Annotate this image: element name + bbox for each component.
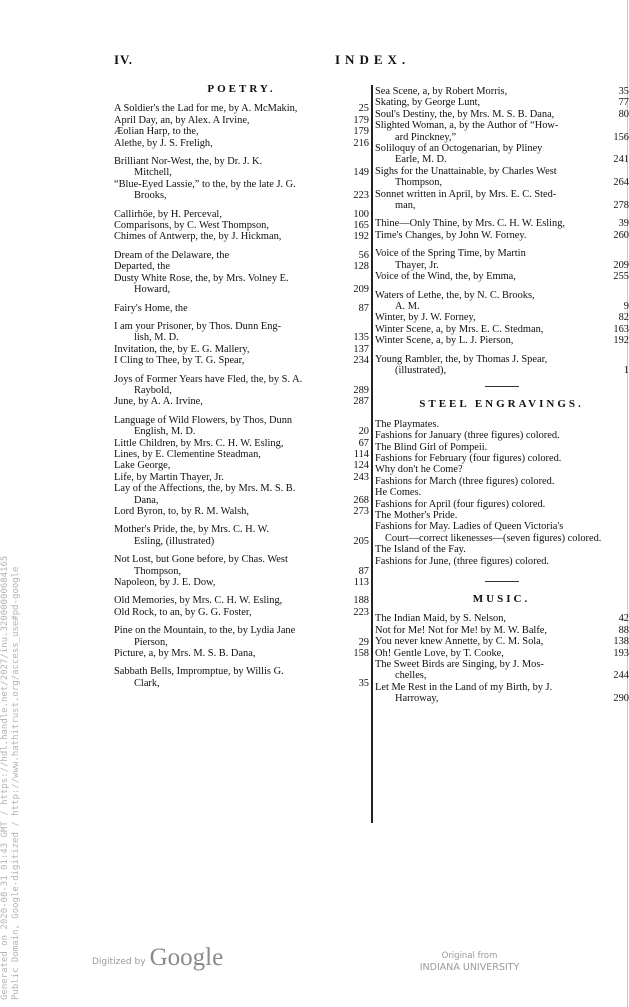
- entry-page-number: 138: [603, 636, 629, 647]
- steel-engravings-list: The Playmates.Fashions for January (thre…: [375, 419, 628, 567]
- index-entry: “Blue-Eyed Lassie,” to the, by the late …: [114, 179, 369, 202]
- entry-title-continued: ard Pinckney,”: [375, 132, 600, 143]
- entry-page-number: 42: [603, 613, 629, 624]
- index-entry: Not Lost, but Gone before, by Chas. West…: [114, 554, 369, 577]
- entry-page-number: 88: [603, 625, 629, 636]
- entry-title: Old Rock, to an, by G. G. Foster,: [114, 607, 335, 618]
- engraving-item: The Blind Girl of Pompeii.: [375, 442, 628, 453]
- index-entry: Lay of the Affections, the, by Mrs. M. S…: [114, 483, 369, 506]
- index-entry: Skating, by George Lunt,77: [375, 97, 628, 108]
- entry-page-number: 244: [603, 670, 629, 681]
- entry-title: Little Children, by Mrs. C. H. W. Esling…: [114, 438, 335, 449]
- index-entry: Fairy's Home, the87: [114, 303, 369, 314]
- engraving-item: Fashions for April (four figures) colore…: [375, 499, 628, 510]
- right-column: Sea Scene, a, by Robert Morris,35Skating…: [375, 86, 628, 705]
- index-entry: Thine—Only Thine, by Mrs. C. H. W. Eslin…: [375, 218, 628, 229]
- entry-title: Slighted Woman, a, by the Author of “How…: [375, 120, 600, 131]
- steel-engravings-heading: STEEL ENGRAVINGS.: [375, 399, 628, 410]
- index-entry: Winter, by J. W. Forney,82: [375, 312, 628, 323]
- entry-page-number: 192: [339, 231, 369, 242]
- entry-page-number: 77: [603, 97, 629, 108]
- index-entry: Time's Changes, by John W. Forney.260: [375, 230, 628, 241]
- index-group: Joys of Former Years have Fled, the, by …: [114, 374, 369, 408]
- entry-title: Lines, by E. Clementine Steadman,: [114, 449, 335, 460]
- entry-title: Sea Scene, a, by Robert Morris,: [375, 86, 600, 97]
- index-entry: Sighs for the Unattainable, by Charles W…: [375, 166, 628, 189]
- hathitrust-watermark: Generated on 2020-08-31 01:43 GMT / http…: [0, 556, 22, 1000]
- entry-page-number: 179: [339, 126, 369, 137]
- index-group: Waters of Lethe, the, by N. C. Brooks,A.…: [375, 290, 628, 347]
- entry-title-continued: Thayer, Jr.: [375, 260, 600, 271]
- entry-page-number: 234: [339, 355, 369, 366]
- index-entry: Voice of the Spring Time, by MartinThaye…: [375, 248, 628, 271]
- entry-title-continued: Dana,: [114, 495, 335, 506]
- entry-page-number: 9: [603, 301, 629, 312]
- entry-title: Alethe, by J. S. Freligh,: [114, 138, 335, 149]
- index-entry: Picture, a, by Mrs. M. S. B. Dana,158: [114, 648, 369, 659]
- index-group: Brilliant Nor-West, the, by Dr. J. K.Mit…: [114, 156, 369, 202]
- entry-page-number: 156: [603, 132, 629, 143]
- index-entry: Little Children, by Mrs. C. H. W. Esling…: [114, 438, 369, 449]
- index-entry: Napoleon, by J. E. Dow,113: [114, 577, 369, 588]
- entry-page-number: 209: [339, 284, 369, 295]
- entry-title: Dream of the Delaware, the: [114, 250, 335, 261]
- entry-title: Life, by Martin Thayer, Jr.: [114, 472, 335, 483]
- entry-title-continued: Clark,: [114, 678, 335, 689]
- index-entry: The Indian Maid, by S. Nelson,42: [375, 613, 628, 624]
- entry-page-number: 25: [339, 103, 369, 114]
- poetry-index-left: A Soldier's the Lad for me, by A. McMaki…: [114, 103, 369, 689]
- index-group: Callirhöe, by H. Perceval,100Comparisons…: [114, 209, 369, 243]
- engraving-item: Fashions for February (four figures) col…: [375, 453, 628, 464]
- index-entry: Slighted Woman, a, by the Author of “How…: [375, 120, 628, 143]
- entry-title: Chimes of Antwerp, the, by J. Hickman,: [114, 231, 335, 242]
- entry-page-number: 35: [603, 86, 629, 97]
- entry-title: Brilliant Nor-West, the, by Dr. J. K.: [114, 156, 335, 167]
- index-group: Fairy's Home, the87: [114, 303, 369, 314]
- index-entry: Comparisons, by C. West Thompson,165: [114, 220, 369, 231]
- entry-title: Waters of Lethe, the, by N. C. Brooks,: [375, 290, 600, 301]
- index-entry: Brilliant Nor-West, the, by Dr. J. K.Mit…: [114, 156, 369, 179]
- index-entry: Language of Wild Flowers, by Thos, DunnE…: [114, 415, 369, 438]
- entry-page-number: 56: [339, 250, 369, 261]
- entry-title: I am your Prisoner, by Thos. Dunn Eng-: [114, 321, 335, 332]
- index-entry: Lord Byron, to, by R. M. Walsh,273: [114, 506, 369, 517]
- entry-page-number: 128: [339, 261, 369, 272]
- entry-page-number: 268: [339, 495, 369, 506]
- index-entry: Not for Me! Not for Me! by M. W. Balfe,8…: [375, 625, 628, 636]
- entry-title: Voice of the Wind, the, by Emma,: [375, 271, 600, 282]
- index-group: Dream of the Delaware, the56Departed, th…: [114, 250, 369, 296]
- entry-title: Sabbath Bells, Impromptue, by Willis G.: [114, 666, 335, 677]
- entry-page-number: 80: [603, 109, 629, 120]
- entry-page-number: 29: [339, 637, 369, 648]
- entry-title: Time's Changes, by John W. Forney.: [375, 230, 600, 241]
- entry-page-number: 82: [603, 312, 629, 323]
- entry-title: Not Lost, but Gone before, by Chas. West: [114, 554, 335, 565]
- entry-page-number: 287: [339, 396, 369, 407]
- index-entry: Sea Scene, a, by Robert Morris,35: [375, 86, 628, 97]
- index-entry: You never knew Annette, by C. M. Sola,13…: [375, 636, 628, 647]
- engraving-item: The Island of the Fay.: [375, 544, 628, 555]
- entry-title: Departed, the: [114, 261, 335, 272]
- entry-page-number: 67: [339, 438, 369, 449]
- entry-title: April Day, an, by Alex. A Irvine,: [114, 115, 335, 126]
- entry-title-continued: Earle, M. D.: [375, 154, 600, 165]
- entry-page-number: 20: [339, 426, 369, 437]
- index-group: Sea Scene, a, by Robert Morris,35Skating…: [375, 86, 628, 211]
- entry-title: Lake George,: [114, 460, 335, 471]
- engraving-item: Fashions for June, (three figures) color…: [375, 556, 628, 567]
- entry-page-number: 209: [603, 260, 629, 271]
- entry-title: Comparisons, by C. West Thompson,: [114, 220, 335, 231]
- entry-page-number: 113: [339, 577, 369, 588]
- music-heading: MUSIC.: [375, 594, 628, 605]
- entry-title: The Indian Maid, by S. Nelson,: [375, 613, 600, 624]
- index-entry: Life, by Martin Thayer, Jr.243: [114, 472, 369, 483]
- entry-title: Voice of the Spring Time, by Martin: [375, 248, 600, 259]
- entry-title-continued: Raybold,: [114, 385, 335, 396]
- index-entry: Departed, the128: [114, 261, 369, 272]
- entry-title: Soul's Destiny, the, by Mrs. M. S. B. Da…: [375, 109, 600, 120]
- entry-title: Lord Byron, to, by R. M. Walsh,: [114, 506, 335, 517]
- index-entry: Young Rambler, the, by Thomas J. Spear,(…: [375, 354, 628, 377]
- index-entry: Soul's Destiny, the, by Mrs. M. S. B. Da…: [375, 109, 628, 120]
- index-group: Pine on the Mountain, to the, by Lydia J…: [114, 625, 369, 659]
- index-entry: Mother's Pride, the, by Mrs. C. H. W.Esl…: [114, 524, 369, 547]
- engraving-item: Court—correct likenesses—(seven figures)…: [375, 533, 628, 544]
- entry-title: Language of Wild Flowers, by Thos, Dunn: [114, 415, 335, 426]
- index-entry: Old Memories, by Mrs. C. H. W. Esling,18…: [114, 595, 369, 606]
- index-entry: The Sweet Birds are Singing, by J. Mos-c…: [375, 659, 628, 682]
- entry-title-continued: Brooks,: [114, 190, 335, 201]
- original-from-label: Original from: [417, 951, 522, 962]
- entry-title: Lay of the Affections, the, by Mrs. M. S…: [114, 483, 335, 494]
- index-group: Not Lost, but Gone before, by Chas. West…: [114, 554, 369, 588]
- index-group: I am your Prisoner, by Thos. Dunn Eng-li…: [114, 321, 369, 367]
- entry-title: Mother's Pride, the, by Mrs. C. H. W.: [114, 524, 335, 535]
- entry-title-continued: Esling, (illustrated): [114, 536, 335, 547]
- index-entry: Sabbath Bells, Impromptue, by Willis G.C…: [114, 666, 369, 689]
- entry-title-continued: chelles,: [375, 670, 600, 681]
- index-entry: Invitation, the, by E. G. Mallery,137: [114, 344, 369, 355]
- index-entry: Dream of the Delaware, the56: [114, 250, 369, 261]
- original-source: Original from INDIANA UNIVERSITY: [417, 951, 522, 974]
- entry-title: Napoleon, by J. E. Dow,: [114, 577, 335, 588]
- entry-page-number: 273: [339, 506, 369, 517]
- index-entry: Chimes of Antwerp, the, by J. Hickman,19…: [114, 231, 369, 242]
- entry-page-number: 135: [339, 332, 369, 343]
- entry-title: Old Memories, by Mrs. C. H. W. Esling,: [114, 595, 335, 606]
- entry-title: Let Me Rest in the Land of my Birth, by …: [375, 682, 600, 693]
- entry-page-number: 137: [339, 344, 369, 355]
- entry-title-continued: Thompson,: [114, 566, 335, 577]
- index-entry: Pine on the Mountain, to the, by Lydia J…: [114, 625, 369, 648]
- entry-page-number: 255: [603, 271, 629, 282]
- index-entry: Joys of Former Years have Fled, the, by …: [114, 374, 369, 397]
- entry-title: Not for Me! Not for Me! by M. W. Balfe,: [375, 625, 600, 636]
- index-entry: Waters of Lethe, the, by N. C. Brooks,A.…: [375, 290, 628, 313]
- entry-title: Pine on the Mountain, to the, by Lydia J…: [114, 625, 335, 636]
- entry-page-number: 165: [339, 220, 369, 231]
- entry-page-number: 290: [603, 693, 629, 704]
- entry-page-number: 35: [339, 678, 369, 689]
- entry-title: “Blue-Eyed Lassie,” to the, by the late …: [114, 179, 335, 190]
- entry-title: The Sweet Birds are Singing, by J. Mos-: [375, 659, 600, 670]
- entry-page-number: 114: [339, 449, 369, 460]
- entry-page-number: 216: [339, 138, 369, 149]
- entry-title: Thine—Only Thine, by Mrs. C. H. W. Eslin…: [375, 218, 600, 229]
- entry-page-number: 100: [339, 209, 369, 220]
- entry-page-number: 188: [339, 595, 369, 606]
- entry-page-number: 205: [339, 536, 369, 547]
- entry-title: A Soldier's the Lad for me, by A. McMaki…: [114, 103, 335, 114]
- google-logo: Google: [150, 945, 224, 971]
- index-entry: Sonnet written in April, by Mrs. E. C. S…: [375, 189, 628, 212]
- entry-title: June, by A. A. Irvine,: [114, 396, 335, 407]
- index-group: Voice of the Spring Time, by MartinThaye…: [375, 248, 628, 282]
- entry-page-number: 243: [339, 472, 369, 483]
- entry-title: Sonnet written in April, by Mrs. E. C. S…: [375, 189, 600, 200]
- engraving-item: The Playmates.: [375, 419, 628, 430]
- section-rule: [485, 581, 519, 582]
- index-entry: I am your Prisoner, by Thos. Dunn Eng-li…: [114, 321, 369, 344]
- index-group: Sabbath Bells, Impromptue, by Willis G.C…: [114, 666, 369, 689]
- entry-page-number: 87: [339, 303, 369, 314]
- entry-title-continued: Mitchell,: [114, 167, 335, 178]
- entry-page-number: 192: [603, 335, 629, 346]
- entry-page-number: 163: [603, 324, 629, 335]
- digitized-by-google: Digitized by Google: [92, 945, 223, 971]
- index-entry: A Soldier's the Lad for me, by A. McMaki…: [114, 103, 369, 114]
- entry-page-number: 193: [603, 648, 629, 659]
- entry-title: Soliloquy of an Octogenarian, by Pliney: [375, 143, 600, 154]
- entry-title-continued: Harroway,: [375, 693, 600, 704]
- index-entry: Oh! Gentle Love, by T. Cooke,193: [375, 648, 628, 659]
- index-entry: June, by A. A. Irvine,287: [114, 396, 369, 407]
- entry-title: Young Rambler, the, by Thomas J. Spear,: [375, 354, 600, 365]
- engraving-item: Fashions for January (three figures) col…: [375, 430, 628, 441]
- index-entry: Æolian Harp, to the,179: [114, 126, 369, 137]
- left-column: POETRY. A Soldier's the Lad for me, by A…: [114, 84, 369, 696]
- index-entry: Voice of the Wind, the, by Emma,255: [375, 271, 628, 282]
- entry-title-continued: Pierson,: [114, 637, 335, 648]
- entry-page-number: 124: [339, 460, 369, 471]
- page-number: IV.: [114, 52, 133, 68]
- engraving-item: Fashions for May. Ladies of Queen Victor…: [375, 521, 628, 532]
- index-entry: Dusty White Rose, the, by Mrs. Volney E.…: [114, 273, 369, 296]
- index-entry: Old Rock, to an, by G. G. Foster,223: [114, 607, 369, 618]
- index-entry: Let Me Rest in the Land of my Birth, by …: [375, 682, 628, 705]
- entry-title: Sighs for the Unattainable, by Charles W…: [375, 166, 600, 177]
- index-group: Old Memories, by Mrs. C. H. W. Esling,18…: [114, 595, 369, 618]
- entry-title: Winter, by J. W. Forney,: [375, 312, 600, 323]
- poetry-heading: POETRY.: [114, 84, 369, 95]
- index-entry: Lake George,124: [114, 460, 369, 471]
- entry-page-number: 241: [603, 154, 629, 165]
- music-index-list: The Indian Maid, by S. Nelson,42Not for …: [375, 613, 628, 704]
- section-rule: [485, 386, 519, 387]
- entry-title-continued: (illustrated),: [375, 365, 600, 376]
- engraving-item: He Comes.: [375, 487, 628, 498]
- entry-page-number: 223: [339, 190, 369, 201]
- entry-page-number: 260: [603, 230, 629, 241]
- entry-title: Skating, by George Lunt,: [375, 97, 600, 108]
- entry-title-continued: A. M.: [375, 301, 600, 312]
- column-divider: [371, 85, 373, 823]
- index-group: A Soldier's the Lad for me, by A. McMaki…: [114, 103, 369, 149]
- index-group: Language of Wild Flowers, by Thos, DunnE…: [114, 415, 369, 518]
- index-entry: Alethe, by J. S. Freligh,216: [114, 138, 369, 149]
- entry-title: Joys of Former Years have Fled, the, by …: [114, 374, 335, 385]
- entry-title-continued: lish, M. D.: [114, 332, 335, 343]
- entry-page-number: 223: [339, 607, 369, 618]
- watermark-line-2: Public Domain, Google-digitized / http:/…: [11, 556, 22, 1000]
- engraving-item: Why don't he Come?: [375, 464, 628, 475]
- entry-page-number: 289: [339, 385, 369, 396]
- entry-title: You never knew Annette, by C. M. Sola,: [375, 636, 600, 647]
- watermark-line-1: Generated on 2020-08-31 01:43 GMT / http…: [0, 556, 11, 1000]
- index-entry: Lines, by E. Clementine Steadman,114: [114, 449, 369, 460]
- entry-title: Callirhöe, by H. Perceval,: [114, 209, 335, 220]
- entry-page-number: 87: [339, 566, 369, 577]
- entry-title-continued: man,: [375, 200, 600, 211]
- entry-page-number: 149: [339, 167, 369, 178]
- entry-title: Winter Scene, a, by Mrs. E. C. Stedman,: [375, 324, 600, 335]
- entry-page-number: 158: [339, 648, 369, 659]
- entry-page-number: 264: [603, 177, 629, 188]
- entry-page-number: 1: [603, 365, 629, 376]
- index-group: Thine—Only Thine, by Mrs. C. H. W. Eslin…: [375, 218, 628, 241]
- index-entry: Winter Scene, a, by Mrs. E. C. Stedman,1…: [375, 324, 628, 335]
- institution-name: INDIANA UNIVERSITY: [417, 962, 522, 974]
- entry-title: Picture, a, by Mrs. M. S. B. Dana,: [114, 648, 335, 659]
- entry-title-continued: Thompson,: [375, 177, 600, 188]
- entry-title-continued: Howard,: [114, 284, 335, 295]
- entry-title: I Cling to Thee, by T. G. Spear,: [114, 355, 335, 366]
- entry-title: Dusty White Rose, the, by Mrs. Volney E.: [114, 273, 335, 284]
- digitized-by-label: Digitized by: [92, 957, 146, 971]
- index-group: Young Rambler, the, by Thomas J. Spear,(…: [375, 354, 628, 377]
- index-entry: April Day, an, by Alex. A Irvine,179: [114, 115, 369, 126]
- engraving-item: The Mother's Pride.: [375, 510, 628, 521]
- index-entry: I Cling to Thee, by T. G. Spear,234: [114, 355, 369, 366]
- index-entry: Callirhöe, by H. Perceval,100: [114, 209, 369, 220]
- entry-title: Oh! Gentle Love, by T. Cooke,: [375, 648, 600, 659]
- entry-title-continued: English, M. D.: [114, 426, 335, 437]
- engraving-item: Fashions for March (three figures) color…: [375, 476, 628, 487]
- entry-page-number: 179: [339, 115, 369, 126]
- entry-page-number: 39: [603, 218, 629, 229]
- entry-title: Winter Scene, a, by L. J. Pierson,: [375, 335, 600, 346]
- entry-title: Fairy's Home, the: [114, 303, 335, 314]
- page-title: INDEX.: [335, 52, 410, 68]
- entry-page-number: 278: [603, 200, 629, 211]
- poetry-index-right: Sea Scene, a, by Robert Morris,35Skating…: [375, 86, 628, 376]
- index-entry: Soliloquy of an Octogenarian, by PlineyE…: [375, 143, 628, 166]
- index-group: Mother's Pride, the, by Mrs. C. H. W.Esl…: [114, 524, 369, 547]
- index-entry: Winter Scene, a, by L. J. Pierson,192: [375, 335, 628, 346]
- entry-title: Invitation, the, by E. G. Mallery,: [114, 344, 335, 355]
- entry-title: Æolian Harp, to the,: [114, 126, 335, 137]
